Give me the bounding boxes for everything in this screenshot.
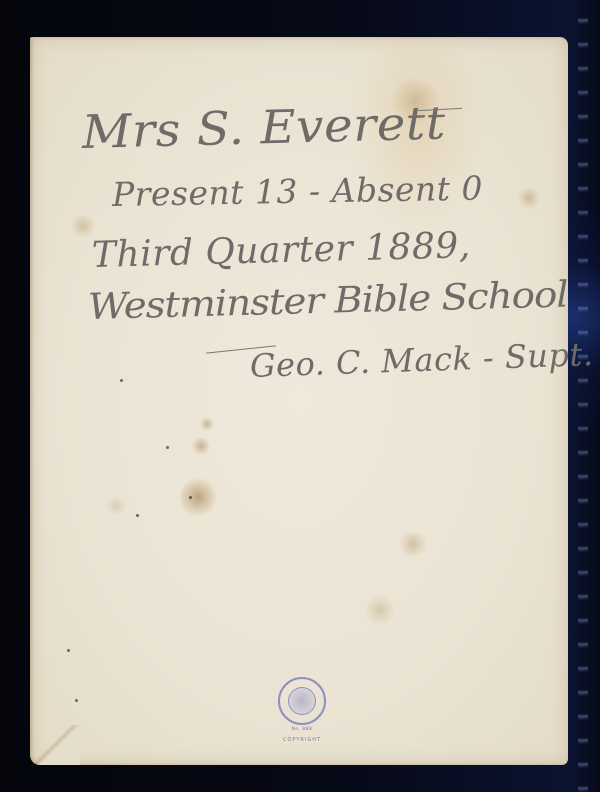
scanner-edge-glint bbox=[578, 0, 588, 792]
antique-card: Mrs S. Everett Present 13 - Absent 0 Thi… bbox=[30, 37, 568, 765]
speck bbox=[136, 514, 139, 517]
stain bbox=[105, 497, 127, 515]
stamp-number: No. 888 bbox=[282, 727, 322, 732]
bent-corner bbox=[30, 725, 80, 765]
handwritten-quarter: Third Quarter 1889, bbox=[91, 225, 471, 276]
speck bbox=[166, 446, 169, 449]
stain bbox=[180, 477, 216, 517]
stain bbox=[398, 532, 428, 556]
stain bbox=[192, 437, 210, 455]
stain bbox=[366, 595, 394, 625]
stamp-copyright: COPYRIGHT bbox=[276, 737, 328, 743]
speck bbox=[67, 649, 70, 652]
handwritten-signature: Geo. C. Mack - Supt. bbox=[249, 335, 594, 385]
stain bbox=[200, 417, 214, 431]
handwritten-attendance: Present 13 - Absent 0 bbox=[112, 169, 484, 214]
seal-emblem-icon bbox=[288, 687, 316, 715]
speck bbox=[189, 496, 192, 499]
speck bbox=[120, 379, 123, 382]
stain bbox=[518, 187, 540, 209]
handwritten-school: Westminster Bible School bbox=[87, 274, 568, 328]
publisher-seal-stamp bbox=[278, 677, 326, 725]
speck bbox=[75, 699, 78, 702]
handwritten-name: Mrs S. Everett bbox=[81, 95, 446, 159]
stain bbox=[70, 215, 96, 237]
